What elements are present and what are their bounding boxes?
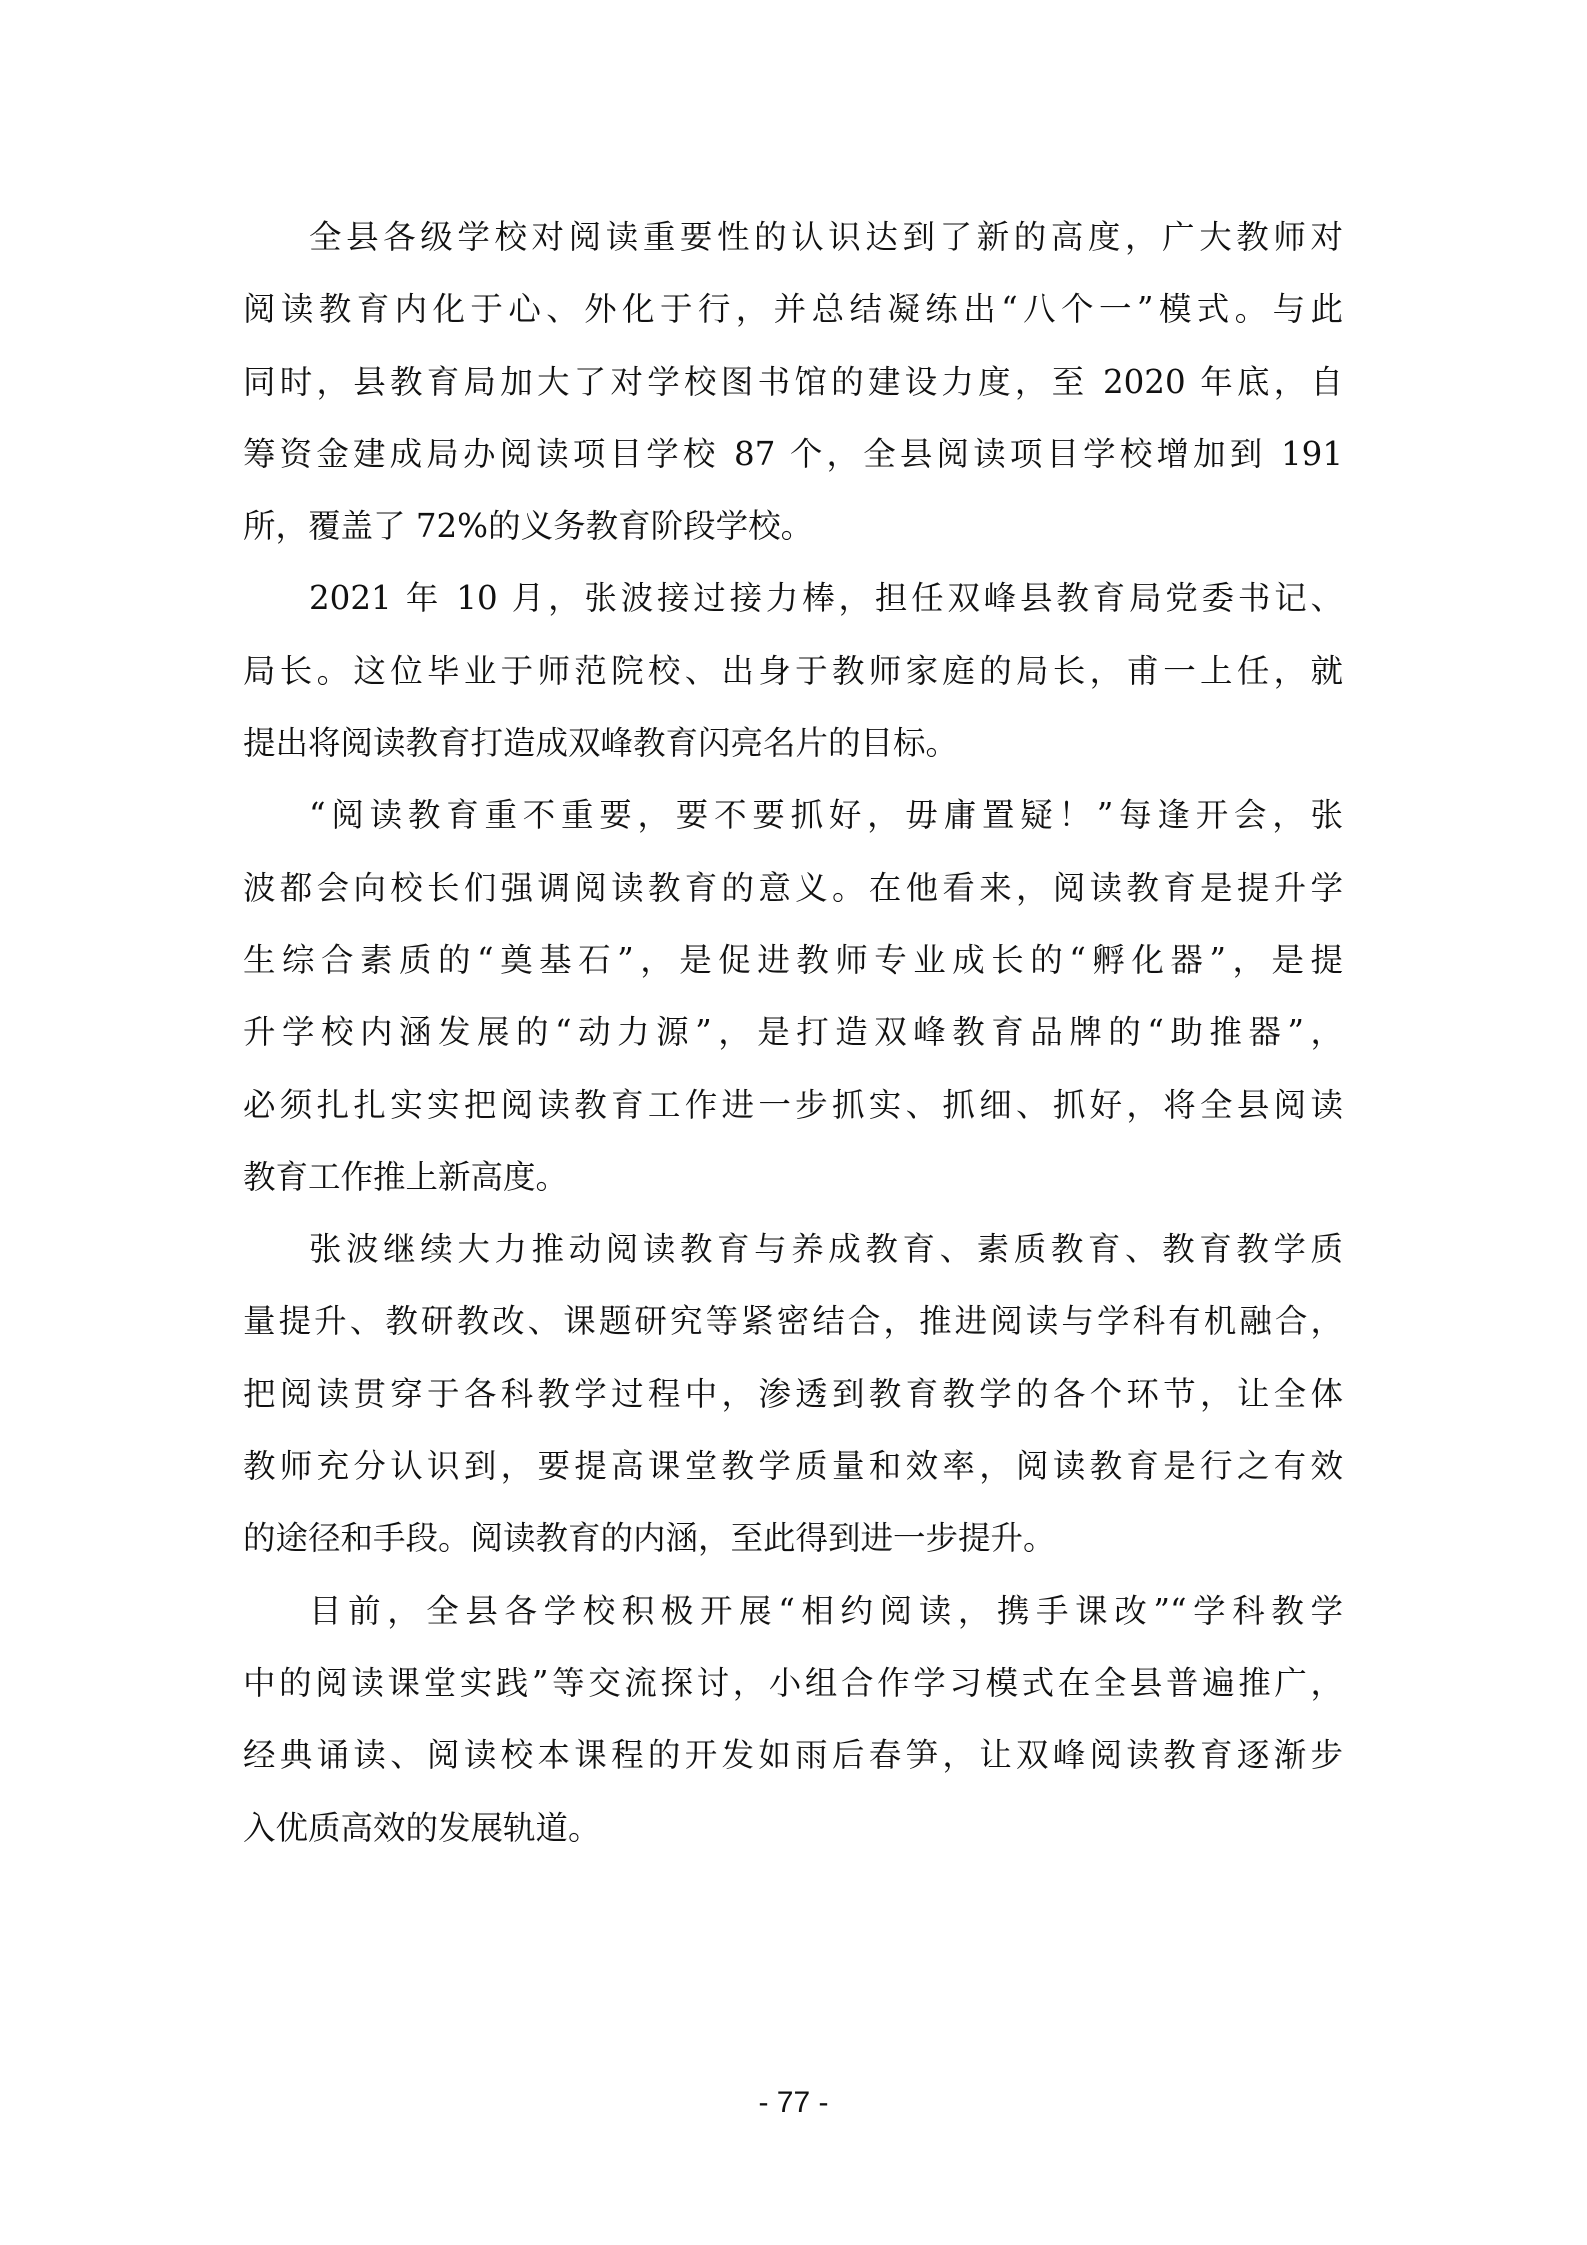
text-line: 局长。这位毕业于师范院校、出身于教师家庭的局长，甫一上任，就 (243, 635, 1343, 707)
paragraph-4: 张波继续大力推动阅读教育与养成教育、素质教育、教育教学质 量提升、教研教改、课题… (243, 1213, 1343, 1574)
text-line: 全县各级学校对阅读重要性的认识达到了新的高度，广大教师对 (243, 201, 1343, 273)
paragraph-3: “阅读教育重不重要，要不要抓好，毋庸置疑！”每逢开会，张 波都会向校长们强调阅读… (243, 779, 1343, 1213)
text-line: 目前，全县各学校积极开展“相约阅读，携手课改”“学科教学 (243, 1575, 1343, 1647)
text-line: 经典诵读、阅读校本课程的开发如雨后春笋，让双峰阅读教育逐渐步 (243, 1719, 1343, 1791)
text-line: 入优质高效的发展轨道。 (243, 1792, 1343, 1864)
text-line: 必须扎扎实实把阅读教育工作进一步抓实、抓细、抓好，将全县阅读 (243, 1069, 1343, 1141)
text-line: 阅读教育内化于心、外化于行，并总结凝练出“八个一”模式。与此 (243, 273, 1343, 345)
paragraph-1: 全县各级学校对阅读重要性的认识达到了新的高度，广大教师对 阅读教育内化于心、外化… (243, 201, 1343, 562)
paragraph-5: 目前，全县各学校积极开展“相约阅读，携手课改”“学科教学 中的阅读课堂实践”等交… (243, 1575, 1343, 1864)
text-line: 教师充分认识到，要提高课堂教学质量和效率，阅读教育是行之有效 (243, 1430, 1343, 1502)
text-line: 所，覆盖了 72%的义务教育阶段学校。 (243, 490, 1343, 562)
body-text: 全县各级学校对阅读重要性的认识达到了新的高度，广大教师对 阅读教育内化于心、外化… (243, 201, 1343, 1864)
paragraph-2: 2021 年 10 月，张波接过接力棒，担任双峰县教育局党委书记、 局长。这位毕… (243, 562, 1343, 779)
text-line: 的途径和手段。阅读教育的内涵，至此得到进一步提升。 (243, 1502, 1343, 1574)
text-line: “阅读教育重不重要，要不要抓好，毋庸置疑！”每逢开会，张 (243, 779, 1343, 851)
text-line: 张波继续大力推动阅读教育与养成教育、素质教育、教育教学质 (243, 1213, 1343, 1285)
text-line: 波都会向校长们强调阅读教育的意义。在他看来，阅读教育是提升学 (243, 852, 1343, 924)
text-line: 筹资金建成局办阅读项目学校 87 个，全县阅读项目学校增加到 191 (243, 418, 1343, 490)
text-line: 升学校内涵发展的“动力源”，是打造双峰教育品牌的“助推器”， (243, 996, 1343, 1068)
text-line: 2021 年 10 月，张波接过接力棒，担任双峰县教育局党委书记、 (243, 562, 1343, 634)
text-line: 生综合素质的“奠基石”，是促进教师专业成长的“孵化器”，是提 (243, 924, 1343, 996)
text-line: 把阅读贯穿于各科教学过程中，渗透到教育教学的各个环节，让全体 (243, 1358, 1343, 1430)
document-page: 全县各级学校对阅读重要性的认识达到了新的高度，广大教师对 阅读教育内化于心、外化… (0, 0, 1587, 2245)
text-line: 量提升、教研教改、课题研究等紧密结合，推进阅读与学科有机融合， (243, 1285, 1343, 1357)
page-number: - 77 - (0, 2085, 1587, 2121)
text-line: 提出将阅读教育打造成双峰教育闪亮名片的目标。 (243, 707, 1343, 779)
text-line: 中的阅读课堂实践”等交流探讨，小组合作学习模式在全县普遍推广， (243, 1647, 1343, 1719)
text-line: 教育工作推上新高度。 (243, 1141, 1343, 1213)
text-line: 同时，县教育局加大了对学校图书馆的建设力度，至 2020 年底，自 (243, 346, 1343, 418)
